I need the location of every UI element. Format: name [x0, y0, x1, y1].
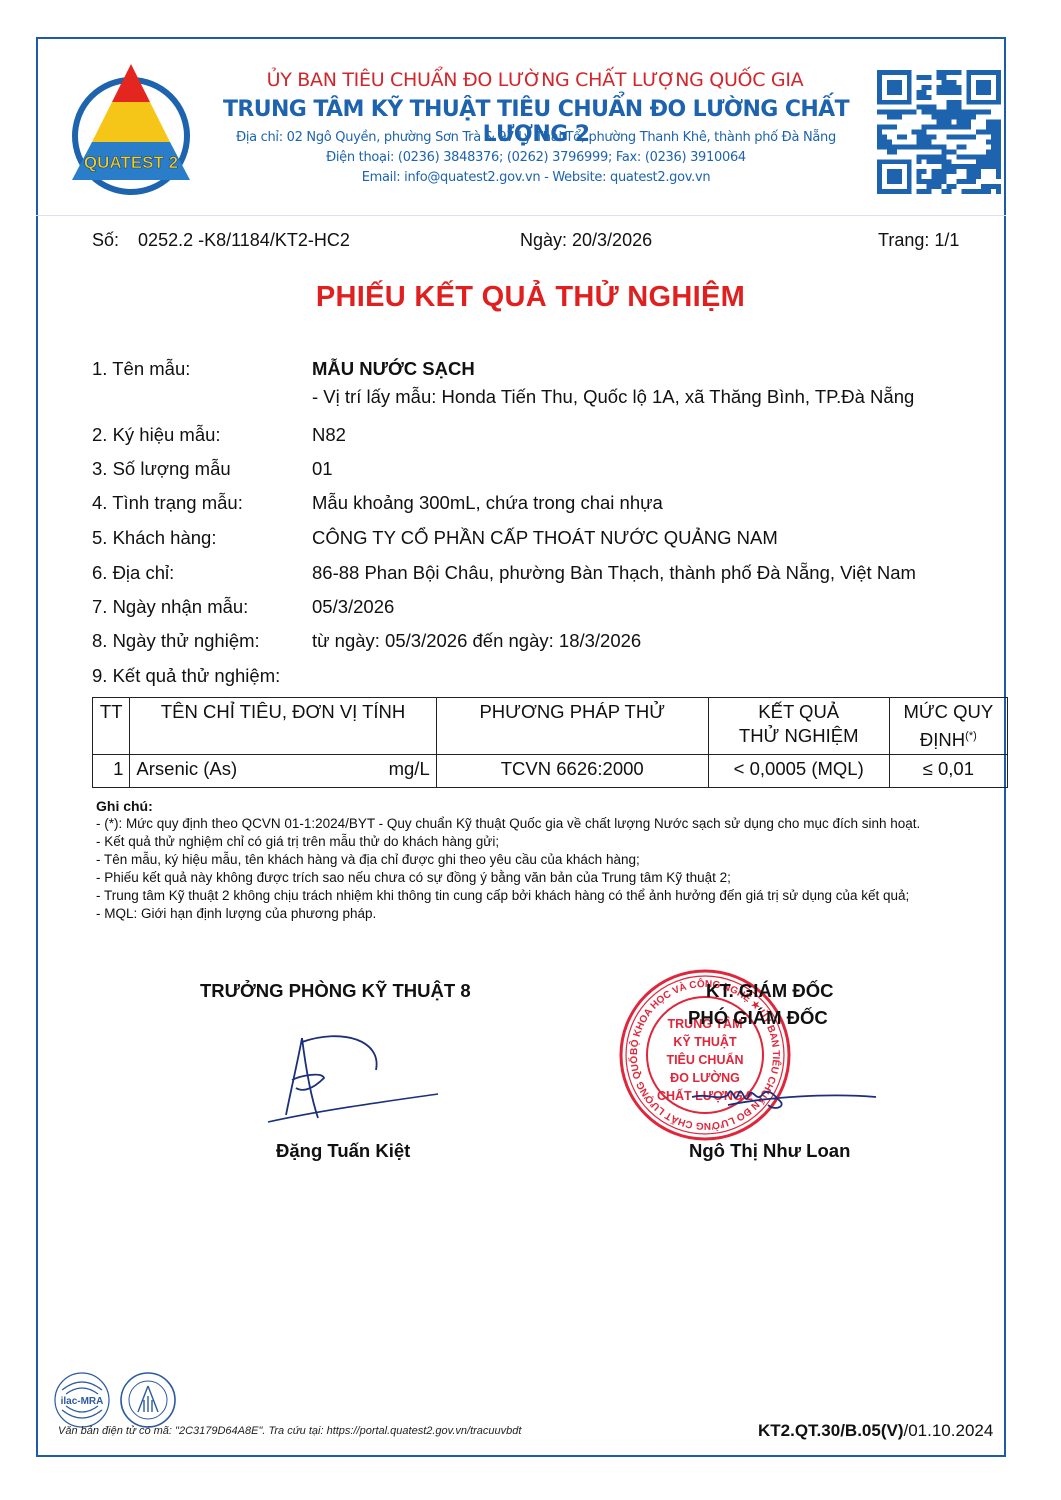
- col-header-result-line2: THỬ NGHIỆM: [739, 725, 859, 746]
- info-value: Mẫu khoảng 300mL, chứa trong chai nhựa: [312, 492, 663, 514]
- page-indicator: Trang: 1/1: [878, 230, 959, 251]
- col-header-result: KẾT QUẢ THỬ NGHIỆM: [708, 698, 889, 755]
- signer-right-title-1: KT. GIÁM ĐỐC: [706, 980, 833, 1002]
- signer-right-title-2: PHÓ GIÁM ĐỐC: [688, 1007, 828, 1029]
- col-header-limit-line2: ĐỊNH: [920, 729, 965, 750]
- notes-section: Ghi chú: - (*): Mức quy định theo QCVN 0…: [96, 797, 986, 923]
- ilac-mra-logo-icon: ilac-MRA: [52, 1370, 112, 1430]
- signer-left-name: Đặng Tuấn Kiệt: [276, 1140, 410, 1162]
- signature-right-icon: [688, 1075, 878, 1125]
- col-header-limit-line1: MỨC QUY: [903, 701, 993, 722]
- results-table: TT TÊN CHỈ TIÊU, ĐƠN VỊ TÍNH PHƯƠNG PHÁP…: [92, 697, 1008, 788]
- signer-right-name: Ngô Thị Như Loan: [689, 1140, 850, 1162]
- info-value: 01: [312, 458, 333, 480]
- info-label: 6. Địa chỉ:: [92, 562, 174, 584]
- svg-text:TIÊU CHUẨN: TIÊU CHUẨN: [666, 1052, 743, 1067]
- note-item: - MQL: Giới hạn định lượng của phương ph…: [96, 905, 986, 923]
- note-item: - (*): Mức quy định theo QCVN 01-1:2024/…: [96, 815, 986, 833]
- info-label: 1. Tên mẫu:: [92, 358, 190, 380]
- org-parent-name: ỦY BAN TIÊU CHUẨN ĐO LƯỜNG CHẤT LƯỢNG QU…: [200, 69, 870, 91]
- info-value: 05/3/2026: [312, 596, 394, 618]
- cell-name: Arsenic (As) mg/L: [130, 755, 436, 788]
- document-number-value: 0252.2 -K8/1184/KT2-HC2: [138, 230, 350, 250]
- note-item: - Tên mẫu, ký hiệu mẫu, tên khách hàng v…: [96, 851, 986, 869]
- info-label: 2. Ký hiệu mẫu:: [92, 424, 221, 446]
- info-label: 5. Khách hàng:: [92, 527, 216, 549]
- svg-text:QUATEST 2: QUATEST 2: [84, 153, 178, 172]
- document-date: Ngày: 20/3/2026: [520, 230, 652, 251]
- qr-code-icon: [877, 70, 1001, 194]
- info-value: 86-88 Phan Bội Châu, phường Bàn Thạch, t…: [312, 562, 916, 584]
- table-header-row: TT TÊN CHỈ TIÊU, ĐƠN VỊ TÍNH PHƯƠNG PHÁP…: [93, 698, 1008, 755]
- cell-method: TCVN 6626:2000: [436, 755, 708, 788]
- cell-result: < 0,0005 (MQL): [708, 755, 889, 788]
- header-divider: [36, 215, 1006, 216]
- org-email: Email: info@quatest2.gov.vn - Website: q…: [196, 170, 876, 185]
- svg-text:ilac-MRA: ilac-MRA: [61, 1396, 104, 1407]
- info-label: 8. Ngày thử nghiệm:: [92, 630, 260, 652]
- info-sub-value: - Vị trí lấy mẫu: Honda Tiến Thu, Quốc l…: [312, 386, 914, 408]
- note-item: - Trung tâm Kỹ thuật 2 không chịu trách …: [96, 887, 986, 905]
- signature-left-icon: [262, 1030, 442, 1130]
- cell-parameter: Arsenic (As): [136, 757, 237, 781]
- form-code-main: KT2.QT.30/B.05(V): [758, 1421, 904, 1440]
- page-title: PHIẾU KẾT QUẢ THỬ NGHIỆM: [0, 281, 1061, 314]
- document-number-label: Số:: [92, 230, 119, 250]
- svg-text:KỸ THUẬT: KỸ THUẬT: [673, 1034, 737, 1049]
- org-phone: Điện thoại: (0236) 3848376; (0262) 37969…: [196, 150, 876, 165]
- col-header-tt: TT: [93, 698, 130, 755]
- col-header-name: TÊN CHỈ TIÊU, ĐƠN VỊ TÍNH: [130, 698, 436, 755]
- cell-unit: mg/L: [389, 757, 430, 781]
- info-value: MẪU NƯỚC SẠCH: [312, 358, 475, 380]
- info-value: N82: [312, 424, 346, 446]
- col-header-limit: MỨC QUY ĐỊNH(*): [889, 698, 1007, 755]
- cell-tt: 1: [93, 755, 130, 788]
- cell-limit: ≤ 0,01: [889, 755, 1007, 788]
- note-item: - Phiếu kết quả này không được trích sao…: [96, 869, 986, 887]
- info-value: từ ngày: 05/3/2026 đến ngày: 18/3/2026: [312, 630, 641, 652]
- boa-accreditation-logo-icon: [118, 1370, 178, 1430]
- table-row: 1 Arsenic (As) mg/L TCVN 6626:2000 < 0,0…: [93, 755, 1008, 788]
- info-value: CÔNG TY CỔ PHẦN CẤP THOÁT NƯỚC QUẢNG NAM: [312, 527, 778, 549]
- info-label: 7. Ngày nhận mẫu:: [92, 596, 248, 618]
- signer-left-title: TRƯỞNG PHÒNG KỸ THUẬT 8: [200, 980, 471, 1002]
- quatest2-logo-icon: QUATEST 2: [68, 60, 194, 196]
- form-code: KT2.QT.30/B.05(V)/01.10.2024: [758, 1421, 993, 1441]
- note-item: - Kết quả thử nghiệm chỉ có giá trị trên…: [96, 833, 986, 851]
- org-address: Địa chỉ: 02 Ngô Quyền, phường Sơn Trà & …: [196, 130, 876, 145]
- col-header-result-line1: KẾT QUẢ: [758, 701, 839, 722]
- document-number: Số: 0252.2 -K8/1184/KT2-HC2: [92, 230, 350, 251]
- col-header-method: PHƯƠNG PHÁP THỬ: [436, 698, 708, 755]
- form-code-date: /01.10.2024: [904, 1421, 994, 1440]
- notes-title: Ghi chú:: [96, 797, 986, 815]
- limit-footnote-mark: (*): [965, 730, 977, 742]
- info-label: 9. Kết quả thử nghiệm:: [92, 665, 280, 687]
- electronic-document-code: Văn bản điện tử có mã: "2C3179D64A8E". T…: [58, 1425, 521, 1437]
- info-label: 3. Số lượng mẫu: [92, 458, 231, 480]
- info-label: 4. Tình trạng mẫu:: [92, 492, 243, 514]
